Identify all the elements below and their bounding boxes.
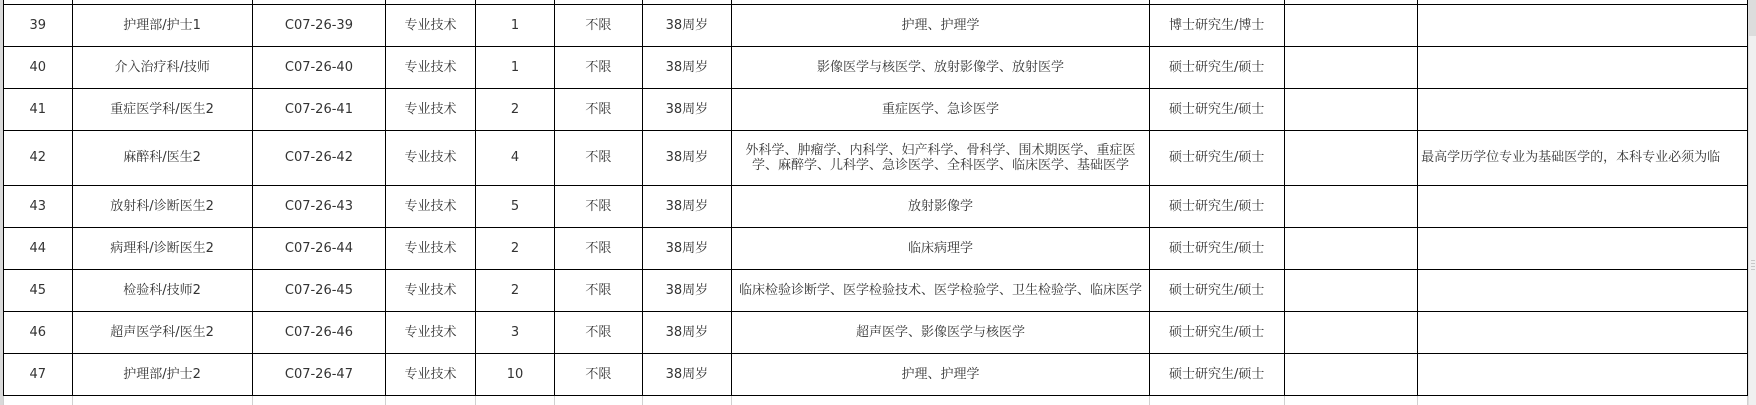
table-row: 39护理部/护士1C07-26-39专业技术1不限38周岁护理、护理学博士研究生… — [4, 4, 1748, 46]
table-row: 46超声医学科/医生2C07-26-46专业技术3不限38周岁超声医学、影像医学… — [4, 311, 1748, 353]
category-cell[interactable]: 专业技术 — [386, 130, 476, 185]
category-cell[interactable]: 专业技术 — [386, 4, 476, 46]
gender-cell[interactable]: 不限 — [555, 4, 642, 46]
empty-cell[interactable] — [1418, 395, 1748, 405]
empty-cell[interactable] — [475, 395, 554, 405]
extra-cell[interactable] — [1284, 130, 1418, 185]
extra-cell[interactable] — [1284, 353, 1418, 395]
age-limit-cell[interactable]: 38周岁 — [642, 130, 732, 185]
table-row: 41重症医学科/医生2C07-26-41专业技术2不限38周岁重症医学、急诊医学… — [4, 88, 1748, 130]
note-cell[interactable] — [1418, 88, 1748, 130]
extra-cell[interactable] — [1284, 46, 1418, 88]
age-limit-cell[interactable]: 38周岁 — [642, 311, 732, 353]
age-limit-cell[interactable]: 38周岁 — [642, 4, 732, 46]
department-cell[interactable]: 超声医学科/医生2 — [72, 311, 252, 353]
position-code-cell[interactable]: C07-26-40 — [252, 46, 385, 88]
empty-cell[interactable] — [555, 395, 642, 405]
gender-cell[interactable]: 不限 — [555, 227, 642, 269]
major-cell[interactable]: 护理、护理学 — [732, 4, 1150, 46]
headcount-cell[interactable]: 2 — [475, 269, 554, 311]
position-code-cell[interactable]: C07-26-43 — [252, 185, 385, 227]
note-cell[interactable] — [1418, 353, 1748, 395]
category-cell[interactable]: 专业技术 — [386, 88, 476, 130]
row-number-cell[interactable]: 40 — [4, 46, 73, 88]
department-cell[interactable]: 护理部/护士2 — [72, 353, 252, 395]
department-cell[interactable]: 麻醉科/医生2 — [72, 130, 252, 185]
note-cell[interactable] — [1418, 46, 1748, 88]
empty-cell[interactable] — [1284, 395, 1418, 405]
major-cell[interactable]: 临床检验诊断学、医学检验技术、医学检验学、卫生检验学、临床医学 — [732, 269, 1150, 311]
category-cell[interactable]: 专业技术 — [386, 227, 476, 269]
extra-cell[interactable] — [1284, 227, 1418, 269]
position-code-cell[interactable]: C07-26-46 — [252, 311, 385, 353]
table-row: 43放射科/诊断医生2C07-26-43专业技术5不限38周岁放射影像学硕士研究… — [4, 185, 1748, 227]
age-limit-cell[interactable]: 38周岁 — [642, 46, 732, 88]
gender-cell[interactable]: 不限 — [555, 353, 642, 395]
degree-cell[interactable]: 硕士研究生/硕士 — [1149, 185, 1284, 227]
headcount-cell[interactable]: 2 — [475, 88, 554, 130]
scrollbar-thumb[interactable] — [1749, 0, 1756, 36]
position-code-cell[interactable]: C07-26-39 — [252, 4, 385, 46]
empty-cell[interactable] — [4, 395, 73, 405]
table-row: 45检验科/技师2C07-26-45专业技术2不限38周岁临床检验诊断学、医学检… — [4, 269, 1748, 311]
empty-cell[interactable] — [386, 395, 476, 405]
headcount-cell[interactable]: 4 — [475, 130, 554, 185]
scrollbar-grip-icon — [1751, 260, 1755, 272]
row-number-cell[interactable]: 44 — [4, 227, 73, 269]
department-cell[interactable]: 放射科/诊断医生2 — [72, 185, 252, 227]
major-cell[interactable]: 放射影像学 — [732, 185, 1150, 227]
extra-cell[interactable] — [1284, 185, 1418, 227]
degree-cell[interactable]: 硕士研究生/硕士 — [1149, 311, 1284, 353]
major-cell[interactable]: 外科学、肿瘤学、内科学、妇产科学、骨科学、围术期医学、重症医学、麻醉学、儿科学、… — [732, 130, 1150, 185]
degree-cell[interactable]: 硕士研究生/硕士 — [1149, 353, 1284, 395]
category-cell[interactable]: 专业技术 — [386, 46, 476, 88]
table-row-empty — [4, 395, 1748, 405]
extra-cell[interactable] — [1284, 269, 1418, 311]
headcount-cell[interactable]: 3 — [475, 311, 554, 353]
extra-cell[interactable] — [1284, 4, 1418, 46]
note-cell[interactable] — [1418, 311, 1748, 353]
degree-cell[interactable]: 硕士研究生/硕士 — [1149, 269, 1284, 311]
headcount-cell[interactable]: 1 — [475, 4, 554, 46]
degree-cell[interactable]: 硕士研究生/硕士 — [1149, 130, 1284, 185]
headcount-cell[interactable]: 10 — [475, 353, 554, 395]
gender-cell[interactable]: 不限 — [555, 130, 642, 185]
age-limit-cell[interactable]: 38周岁 — [642, 269, 732, 311]
department-cell[interactable]: 检验科/技师2 — [72, 269, 252, 311]
gender-cell[interactable]: 不限 — [555, 88, 642, 130]
headcount-cell[interactable]: 5 — [475, 185, 554, 227]
category-cell[interactable]: 专业技术 — [386, 353, 476, 395]
recruitment-table: 39护理部/护士1C07-26-39专业技术1不限38周岁护理、护理学博士研究生… — [3, 0, 1748, 405]
extra-cell[interactable] — [1284, 311, 1418, 353]
major-cell[interactable]: 超声医学、影像医学与核医学 — [732, 311, 1150, 353]
degree-cell[interactable]: 硕士研究生/硕士 — [1149, 227, 1284, 269]
age-limit-cell[interactable]: 38周岁 — [642, 353, 732, 395]
department-cell[interactable]: 护理部/护士1 — [72, 4, 252, 46]
table-row: 47护理部/护士2C07-26-47专业技术10不限38周岁护理、护理学硕士研究… — [4, 353, 1748, 395]
empty-cell[interactable] — [642, 395, 732, 405]
note-cell[interactable]: 最高学历学位专业为基础医学的，本科专业必须为临 — [1418, 130, 1748, 185]
category-cell[interactable]: 专业技术 — [386, 311, 476, 353]
empty-cell[interactable] — [252, 395, 385, 405]
position-code-cell[interactable]: C07-26-47 — [252, 353, 385, 395]
row-number-cell[interactable]: 42 — [4, 130, 73, 185]
row-number-cell[interactable]: 45 — [4, 269, 73, 311]
row-number-cell[interactable]: 43 — [4, 185, 73, 227]
empty-cell[interactable] — [72, 395, 252, 405]
position-code-cell[interactable]: C07-26-42 — [252, 130, 385, 185]
major-cell[interactable]: 重症医学、急诊医学 — [732, 88, 1150, 130]
table-row: 42麻醉科/医生2C07-26-42专业技术4不限38周岁外科学、肿瘤学、内科学… — [4, 130, 1748, 185]
department-cell[interactable]: 病理科/诊断医生2 — [72, 227, 252, 269]
row-number-cell[interactable]: 41 — [4, 88, 73, 130]
position-code-cell[interactable]: C07-26-45 — [252, 269, 385, 311]
vertical-scrollbar[interactable] — [1748, 0, 1756, 405]
department-cell[interactable]: 重症医学科/医生2 — [72, 88, 252, 130]
age-limit-cell[interactable]: 38周岁 — [642, 227, 732, 269]
note-cell[interactable] — [1418, 185, 1748, 227]
major-cell[interactable]: 临床病理学 — [732, 227, 1150, 269]
empty-cell[interactable] — [732, 395, 1150, 405]
position-code-cell[interactable]: C07-26-41 — [252, 88, 385, 130]
age-limit-cell[interactable]: 38周岁 — [642, 185, 732, 227]
empty-cell[interactable] — [1149, 395, 1284, 405]
table-row: 44病理科/诊断医生2C07-26-44专业技术2不限38周岁临床病理学硕士研究… — [4, 227, 1748, 269]
category-cell[interactable]: 专业技术 — [386, 185, 476, 227]
gender-cell[interactable]: 不限 — [555, 311, 642, 353]
table-row: 40介入治疗科/技师C07-26-40专业技术1不限38周岁影像医学与核医学、放… — [4, 46, 1748, 88]
note-cell[interactable] — [1418, 269, 1748, 311]
position-code-cell[interactable]: C07-26-44 — [252, 227, 385, 269]
row-number-cell[interactable]: 47 — [4, 353, 73, 395]
degree-cell[interactable]: 硕士研究生/硕士 — [1149, 88, 1284, 130]
note-cell[interactable] — [1418, 4, 1748, 46]
department-cell[interactable]: 介入治疗科/技师 — [72, 46, 252, 88]
gender-cell[interactable]: 不限 — [555, 269, 642, 311]
major-cell[interactable]: 影像医学与核医学、放射影像学、放射医学 — [732, 46, 1150, 88]
headcount-cell[interactable]: 1 — [475, 46, 554, 88]
row-number-cell[interactable]: 39 — [4, 4, 73, 46]
age-limit-cell[interactable]: 38周岁 — [642, 88, 732, 130]
degree-cell[interactable]: 硕士研究生/硕士 — [1149, 46, 1284, 88]
major-cell[interactable]: 护理、护理学 — [732, 353, 1150, 395]
category-cell[interactable]: 专业技术 — [386, 269, 476, 311]
gender-cell[interactable]: 不限 — [555, 46, 642, 88]
headcount-cell[interactable]: 2 — [475, 227, 554, 269]
note-cell[interactable] — [1418, 227, 1748, 269]
extra-cell[interactable] — [1284, 88, 1418, 130]
degree-cell[interactable]: 博士研究生/博士 — [1149, 4, 1284, 46]
row-number-cell[interactable]: 46 — [4, 311, 73, 353]
spreadsheet-area[interactable]: 39护理部/护士1C07-26-39专业技术1不限38周岁护理、护理学博士研究生… — [3, 0, 1748, 405]
gender-cell[interactable]: 不限 — [555, 185, 642, 227]
